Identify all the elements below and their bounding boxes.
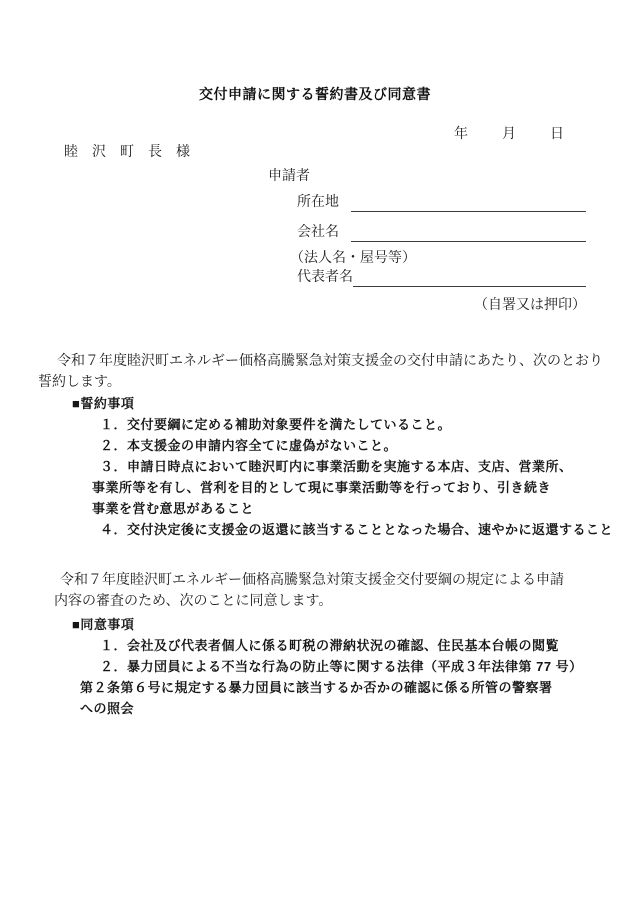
pledge-intro-line-2: 誓約します。 xyxy=(38,374,121,392)
consent-intro-line-1: 令和７年度睦沢町エネルギー価格高騰緊急対策支援金交付要綱の規定による申請 xyxy=(60,572,564,590)
addressee: 睦 沢 町 長 様 xyxy=(64,144,190,162)
pledge-item-3: ３．申請日時点において睦沢町内に事業活動を実施する本店、支店、営業所、 xyxy=(100,458,573,476)
company-field-label: 会社名 xyxy=(297,224,339,242)
representative-field-row: 代表者名 xyxy=(297,271,586,287)
pledge-item-1: １．交付要綱に定める補助対象要件を満たしていること。 xyxy=(100,416,451,434)
consent-item-2-cont-1: 第２条第６号に規定する暴力団員に該当するか否かの確認に係る所管の警察署 xyxy=(80,679,553,697)
applicant-heading: 申請者 xyxy=(268,168,310,186)
address-field-row: 所在地 xyxy=(297,196,586,212)
pledge-intro-line-1: 令和７年度睦沢町エネルギー価格高騰緊急対策支援金の交付申請にあたり、次のとおり xyxy=(57,353,603,371)
company-blank-line xyxy=(351,225,586,242)
pledge-item-3-cont-2: 事業を営む意思があること xyxy=(92,500,254,518)
consent-intro-line-2: 内容の審査のため、次のことに同意します。 xyxy=(54,593,332,611)
pledge-item-3-cont-1: 事業所等を有し、営利を目的として現に事業活動等を行っており、引き続き xyxy=(92,479,551,497)
consent-item-1: １．会社及び代表者個人に係る町税の滞納状況の確認、住民基本台帳の閲覧 xyxy=(100,637,559,655)
consent-section-heading: ■同意事項 xyxy=(72,616,134,634)
page-title: 交付申請に関する誓約書及び同意書 xyxy=(0,84,630,104)
date-line: 年 月 日 xyxy=(454,126,566,144)
company-field-row: 会社名 xyxy=(297,226,586,242)
representative-field-label: 代表者名 xyxy=(297,269,353,287)
pledge-item-4: ４．交付決定後に支援金の返還に該当することとなった場合、速やかに返還すること xyxy=(100,521,613,539)
signature-note: （自署又は押印） xyxy=(474,297,586,315)
consent-item-2: ２．暴力団員による不当な行為の防止等に関する法律（平成３年法律第 77 号） xyxy=(100,658,583,676)
address-field-label: 所在地 xyxy=(297,194,339,212)
pledge-section-heading: ■誓約事項 xyxy=(72,395,134,413)
pledge-item-2: ２．本支援金の申請内容全てに虚偽がないこと。 xyxy=(100,437,397,455)
consent-item-2-cont-2: への照会 xyxy=(80,700,134,718)
address-blank-line xyxy=(351,195,586,212)
representative-blank-line xyxy=(353,270,586,287)
corporate-name-note: （法人名・屋号等） xyxy=(290,250,416,268)
